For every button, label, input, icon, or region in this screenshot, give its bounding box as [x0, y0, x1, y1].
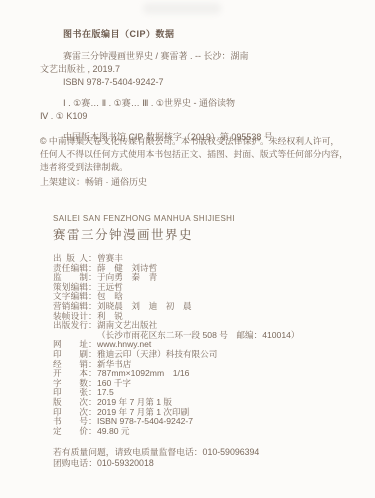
cip-classification-line: Ⅰ . ①赛… Ⅱ . ①赛… Ⅲ . ①世界史 - 通俗读物 — [63, 97, 340, 110]
colophon-label: 定价 — [53, 427, 88, 437]
cip-record-line: 文艺出版社 , 2019.7 — [40, 63, 340, 76]
title-chinese: 赛雷三分钟漫画世界史 — [53, 225, 235, 243]
colophon-value: 曾赛丰 — [97, 253, 123, 263]
copyright-page: 图书在版编目（CIP）数据 赛雷三分钟漫画世界史 / 赛雷著 . -- 长沙：湖… — [0, 0, 375, 498]
colon-separator: ： — [88, 427, 97, 437]
book-price: 49.80 元 — [97, 426, 130, 436]
quality-hotline: 若有质量问题，请致电质量监督电话：010-59096394 — [53, 447, 259, 458]
colophon-value: 雅迪云印（天津）科技有限公司 — [97, 349, 217, 359]
copyright-line: 任何人不得以任何方式使用本书包括正文、插图、封面、版式等任何部分内容， — [40, 148, 352, 161]
colophon-value: 刘晓晨 刘 迪 初 晨 — [97, 301, 192, 311]
book-isbn: ISBN 978-7-5404-9242-7 — [97, 416, 193, 426]
copyright-line: 违者将受到法律制裁。 — [40, 161, 352, 174]
scan-artifact — [143, 3, 221, 14]
copyright-notice: © 中南博集天卷文化传媒有限公司。本书版权受法律保护。未经权利人许可， 任何人不… — [40, 135, 352, 174]
cip-isbn: ISBN 978-7-5404-9242-7 — [63, 76, 340, 89]
title-pinyin: SAILEI SAN FENZHONG MANHUA SHIJIESHI — [53, 214, 235, 223]
cip-record-line: 赛雷三分钟漫画世界史 / 赛雷著 . -- 长沙：湖南 — [63, 50, 340, 63]
group-purchase-hotline: 团购电话：010-59320018 — [53, 458, 259, 469]
colophon-value: 包 晗 — [97, 291, 123, 301]
colophon-value: 17.5 — [97, 387, 114, 397]
colon-separator: ： — [88, 321, 97, 331]
footer-notes: 若有质量问题，请致电质量监督电话：010-59096394 团购电话：010-5… — [53, 447, 259, 468]
colophon-value: 湖南文艺出版社 — [97, 320, 157, 330]
colophon-label: 出版发行 — [53, 321, 88, 331]
shelf-advice: 上架建议：畅销 · 通俗历史 — [40, 175, 147, 188]
colophon-value: 于向勇 秦 青 — [97, 272, 157, 282]
colophon-block: 出版人：曾赛丰 责任编辑：薛 健 刘诗哲 监制：于向勇 秦 青 策划编辑：王远哲… — [53, 254, 299, 436]
copyright-line: © 中南博集天卷文化传媒有限公司。本书版权受法律保护。未经权利人许可， — [40, 135, 352, 148]
cip-classification-line: Ⅳ . ① K109 — [40, 110, 340, 123]
cip-block: 图书在版编目（CIP）数据 赛雷三分钟漫画世界史 / 赛雷著 . -- 长沙：湖… — [40, 28, 340, 144]
colophon-value: 2019 年 7 月第 1 次印刷 — [97, 407, 189, 417]
colophon-value: 787mm×1092mm 1/16 — [97, 368, 189, 378]
publisher-website: www.hnwy.net — [97, 339, 151, 349]
colophon-value: 2019 年 7 月第 1 版 — [97, 397, 172, 407]
title-block: SAILEI SAN FENZHONG MANHUA SHIJIESHI 赛雷三… — [53, 214, 235, 243]
cip-header: 图书在版编目（CIP）数据 — [63, 28, 340, 41]
colophon-row: 定价：49.80 元 — [53, 427, 299, 437]
